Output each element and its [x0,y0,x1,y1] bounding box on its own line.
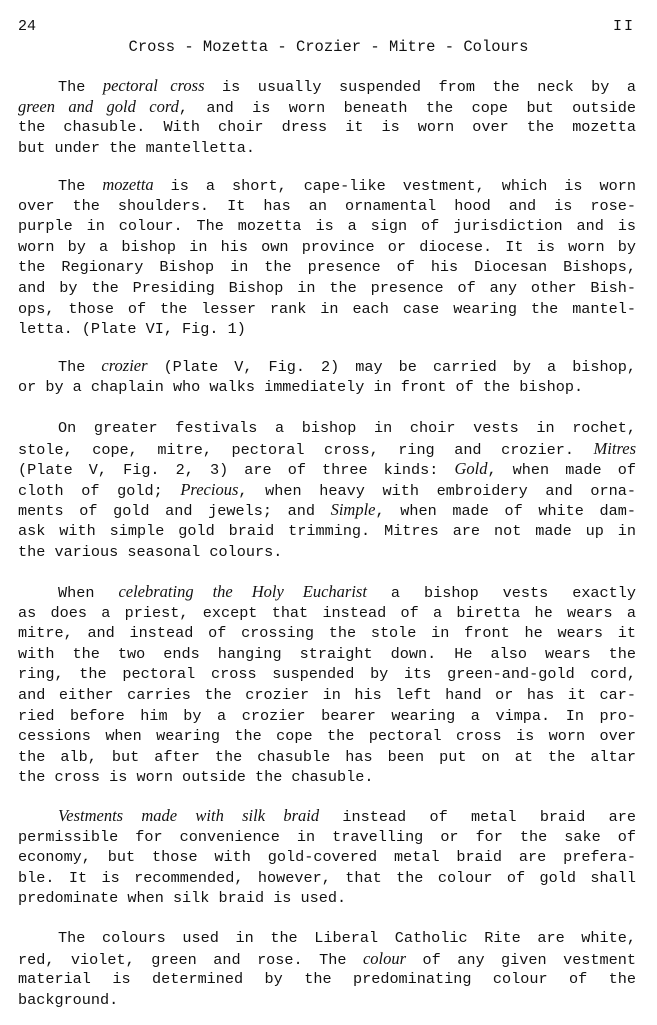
paragraph-silk-braid: Vestments made with silk braid instead o… [18,806,636,909]
text-run: of any given vestment [406,951,636,969]
text-line: predominate when silk braid is used. [18,888,636,909]
text-line: Vestments made with silk braid instead o… [18,806,636,827]
text-run: ried before him by a crozier bearer wear… [18,707,636,725]
text-line: the various seasonal colours. [18,542,636,563]
text-run: red, violet, green and rose. The [18,951,363,969]
text-line: permissible for convenience in travellin… [18,827,636,848]
text-run: The [58,358,101,376]
text-line: ask with simple gold braid trimming. Mit… [18,521,636,542]
text-run: over the shoulders. It has an ornamental… [18,197,636,215]
paragraph-colours: The colours used in the Liberal Catholic… [18,928,636,1010]
text-run: , when made of white dam- [376,502,637,520]
text-run: or by a chaplain who walks immediately i… [18,378,583,396]
text-run: and either carries the crozier in his le… [18,686,636,704]
text-run: a bishop vests exactly [367,584,636,602]
text-run: The colours used in the Liberal Catholic… [58,929,636,947]
text-run: (Plate V, Fig. 2, 3) are of three kinds: [18,461,454,479]
text-run: ops, those of the lesser rank in each ca… [18,300,636,318]
text-run: On greater festivals a bishop in choir v… [58,419,636,437]
text-line: the Regionary Bishop in the presence of … [18,257,636,278]
text-run: mitre, and instead of crossing the stole… [18,624,636,642]
text-run: The [58,177,102,195]
text-line: cloth of gold; Precious, when heavy with… [18,480,636,501]
text-run: ble. It is recommended, however, that th… [18,869,636,887]
text-run: the Regionary Bishop in the presence of … [18,258,636,276]
emphasis-term: Mitres [594,439,636,458]
text-line: The mozetta is a short, cape-like vestme… [18,175,636,196]
text-run: purple in colour. The mozetta is a sign … [18,217,636,235]
text-run: stole, cope, mitre, pectoral cross, ring… [18,441,594,459]
text-line: mitre, and instead of crossing the stole… [18,623,636,644]
paragraph-crozier: The crozier (Plate V, Fig. 2) may be car… [18,356,636,397]
text-line: The crozier (Plate V, Fig. 2) may be car… [18,356,636,377]
text-run: permissible for convenience in travellin… [18,828,636,846]
text-run: , and is worn beneath the cope but outsi… [179,99,636,117]
text-line: red, violet, green and rose. The colour … [18,949,636,970]
emphasis-term: crozier [101,356,147,375]
text-run: but under the mantelletta. [18,139,255,157]
text-run: , when heavy with embroidery and orna- [238,482,636,500]
text-line: ments of gold and jewels; and Simple, wh… [18,500,636,521]
text-run: with the two ends hanging straight down.… [18,645,636,663]
paragraph-mitres: On greater festivals a bishop in choir v… [18,418,636,562]
emphasis-term: Gold [454,459,487,478]
chapter-number: II [613,18,635,35]
text-line: with the two ends hanging straight down.… [18,644,636,665]
text-run: predominate when silk braid is used. [18,889,346,907]
text-line: and by the Presiding Bishop in the prese… [18,278,636,299]
text-run: The [58,78,103,96]
text-line: and either carries the crozier in his le… [18,685,636,706]
text-line: material is determined by the predominat… [18,969,636,990]
text-line: economy, but those with gold-covered met… [18,847,636,868]
text-line: the alb, but after the chasuble has been… [18,747,636,768]
text-run: , when made of [487,461,636,479]
text-run: instead of metal braid are [319,808,636,826]
text-run: and by the Presiding Bishop in the prese… [18,279,636,297]
page-title: Cross - Mozetta - Crozier - Mitre - Colo… [0,38,657,56]
text-line: worn by a bishop in his own province or … [18,237,636,258]
page-number: 24 [18,18,36,35]
text-line: ble. It is recommended, however, that th… [18,868,636,889]
text-line: green and gold cord, and is worn beneath… [18,97,636,118]
text-run: worn by a bishop in his own province or … [18,238,636,256]
text-line: cessions when wearing the cope the pecto… [18,726,636,747]
emphasis-term: colour [363,949,406,968]
text-run: the alb, but after the chasuble has been… [18,748,636,766]
text-line: over the shoulders. It has an ornamental… [18,196,636,217]
text-run: the chasuble. With choir dress it is wor… [18,118,636,136]
text-run: cessions when wearing the cope the pecto… [18,727,636,745]
paragraph-pectoral-cross: The pectoral cross is usually suspended … [18,76,636,158]
text-run: letta. (Plate VI, Fig. 1) [18,320,246,338]
text-run: material is determined by the predominat… [18,970,636,988]
text-run: ask with simple gold braid trimming. Mit… [18,522,636,540]
text-run: the various seasonal colours. [18,543,282,561]
text-line: ring, the pectoral cross suspended by it… [18,664,636,685]
text-line: the chasuble. With choir dress it is wor… [18,117,636,138]
text-run: is a short, cape-like vestment, which is… [154,177,636,195]
text-run: (Plate V, Fig. 2) may be carried by a bi… [148,358,636,376]
text-line: purple in colour. The mozetta is a sign … [18,216,636,237]
paragraph-mozetta: The mozetta is a short, cape-like vestme… [18,175,636,340]
emphasis-term: mozetta [102,175,153,194]
emphasis-term: celebrating the Holy Eucharist [118,582,367,601]
text-run: ring, the pectoral cross suspended by it… [18,665,636,683]
text-run: the cross is worn outside the chasuble. [18,768,373,786]
text-line: The colours used in the Liberal Catholic… [18,928,636,949]
emphasis-term: pectoral cross [103,76,205,95]
text-line: (Plate V, Fig. 2, 3) are of three kinds:… [18,459,636,480]
text-line: On greater festivals a bishop in choir v… [18,418,636,439]
text-run: is usually suspended from the neck by a [205,78,636,96]
text-line: When celebrating the Holy Eucharist a bi… [18,582,636,603]
text-run: economy, but those with gold-covered met… [18,848,636,866]
text-line: stole, cope, mitre, pectoral cross, ring… [18,439,636,460]
text-run: cloth of gold; [18,482,180,500]
text-line: ried before him by a crozier bearer wear… [18,706,636,727]
text-line: ops, those of the lesser rank in each ca… [18,299,636,320]
text-line: background. [18,990,636,1011]
text-run: ments of gold and jewels; and [18,502,331,520]
emphasis-term: Vestments made with silk braid [58,806,319,825]
text-run: as does a priest, except that instead of… [18,604,636,622]
text-line: as does a priest, except that instead of… [18,603,636,624]
text-run: When [58,584,118,602]
text-line: but under the mantelletta. [18,138,636,159]
text-run: background. [18,991,118,1009]
emphasis-term: green and gold cord [18,97,179,116]
paragraph-holy-eucharist: When celebrating the Holy Eucharist a bi… [18,582,636,788]
emphasis-term: Precious [180,480,238,499]
text-line: The pectoral cross is usually suspended … [18,76,636,97]
text-line: the cross is worn outside the chasuble. [18,767,636,788]
text-line: or by a chaplain who walks immediately i… [18,377,636,398]
emphasis-term: Simple [331,500,376,519]
text-line: letta. (Plate VI, Fig. 1) [18,319,636,340]
